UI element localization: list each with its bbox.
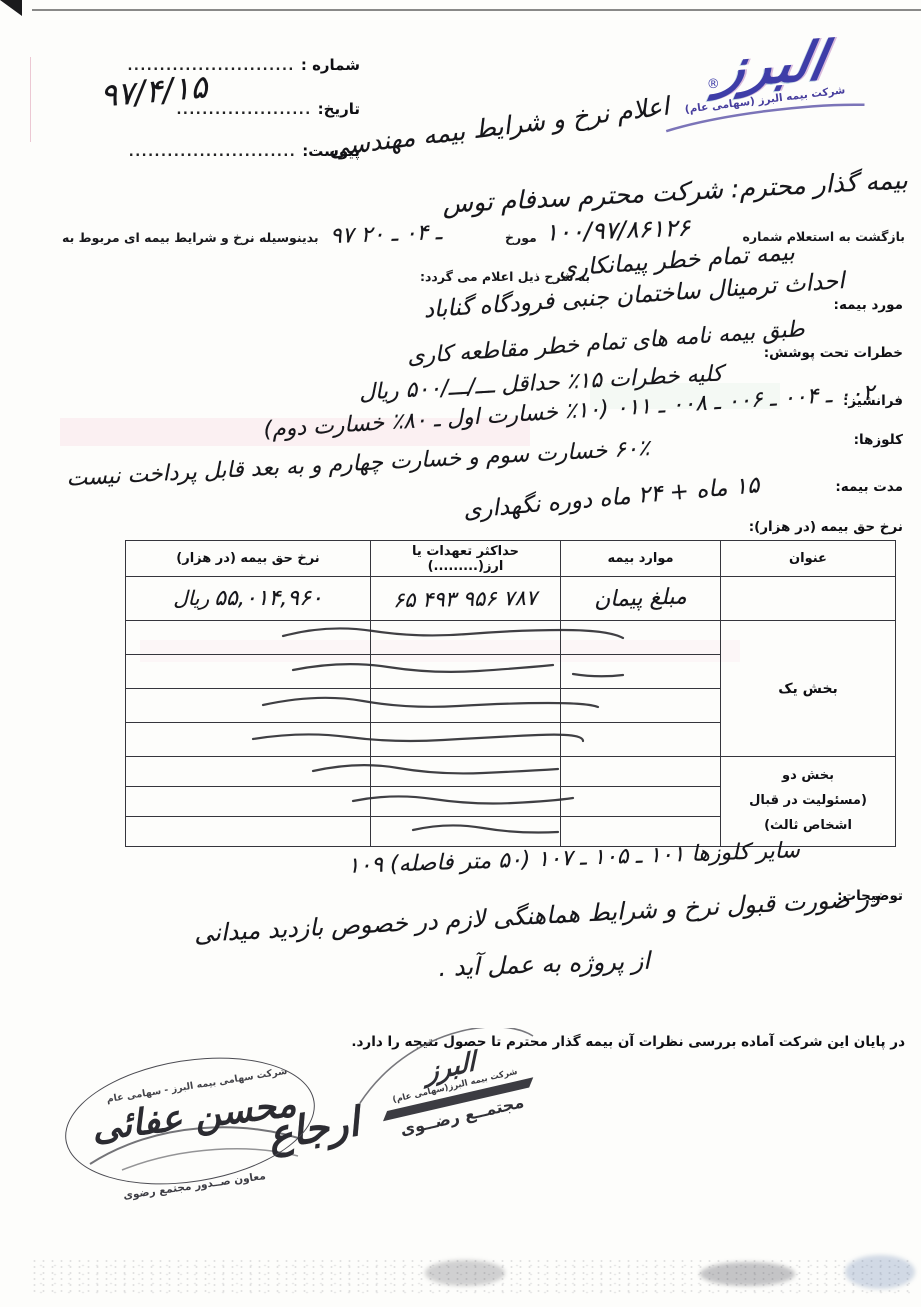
company-logo: البرز® شرکت بیمه البرز (سهامی عام): [640, 38, 890, 127]
franchise-unit: ریال: [358, 378, 399, 405]
premium-value-handwritten: ۵۵,۰۱۴,۹۶۰: [214, 586, 323, 611]
scan-smudge: [700, 1262, 795, 1286]
doc-attachment-row: پیوست: ..........................: [80, 142, 360, 160]
rate-label: نرخ حق بیمه (در هزار):: [749, 519, 903, 535]
table-row: بخش یک: [126, 621, 896, 655]
col-header-insured-items: موارد بیمه: [561, 541, 721, 577]
ref-number-handwritten: ۱۰۰/۹۷/۸۶۱۲۶: [545, 211, 761, 246]
col-header-title: عنوان: [721, 541, 896, 577]
risks-label: خطرات تحت پوشش:: [764, 345, 903, 361]
duration-value-handwritten: ۱۵ ماه + ۲۴ ماه دوره نگهداری: [420, 472, 761, 528]
clauses-label: کلوزها:: [854, 432, 903, 448]
rate-table-wrap: عنوان موارد بیمه حداکثر تعهدات یا ارز(..…: [125, 540, 896, 847]
section-one-cell: بخش یک: [721, 621, 896, 757]
section-two-cell: بخش دو (مسئولیت در قبال اشخاص ثالث): [721, 757, 896, 847]
alborz-logo-icon: البرز: [714, 34, 829, 95]
announce-suffix: به شرح ذیل اعلام می گردد:: [420, 269, 590, 284]
scan-smudge-blue: [845, 1255, 915, 1289]
scanned-document-page: شماره : .......................... تاریخ…: [0, 0, 921, 1307]
contract-amount-label-handwritten: مبلغ پیمان: [594, 584, 688, 612]
signature-stamp-block: شرکت سهامی بیمه البرز - سهامی عام محسن ع…: [52, 1052, 342, 1227]
doc-number-row: شماره : ..........................: [80, 56, 360, 74]
table-header-row: عنوان موارد بیمه حداکثر تعهدات یا ارز(..…: [126, 541, 896, 577]
col-header-max-obligations: حداکثر تعهدات یا ارز(.........): [371, 541, 561, 577]
ref-dated-label: مورخ: [505, 230, 537, 245]
insured-line: بیمه گذار محترم: شرکت محترم سدفام توس: [420, 165, 909, 220]
note-line2-handwritten: از پروژه به عمل آید .: [340, 947, 651, 986]
doc-date-label: تاریخ:: [318, 100, 360, 118]
scan-edge-line: [32, 9, 921, 11]
max-obligation-value-handwritten: ۶۵ ۴۹۳ ۹۵۶ ۷۸۷: [393, 585, 538, 612]
table-row: مبلغ پیمان ۶۵ ۴۹۳ ۹۵۶ ۷۸۷ ۵۵,۰۱۴,۹۶۰ ریا…: [126, 577, 896, 621]
doc-attachment-leader: ..........................: [129, 145, 296, 160]
page-title: اعلام نرخ و شرایط بیمه مهندسی: [330, 91, 671, 161]
scan-fold-line: [30, 57, 31, 142]
subject-label: مورد بیمه:: [834, 297, 903, 313]
doc-number-label: شماره :: [301, 56, 360, 74]
risks-value-handwritten: طبق بیمه نامه های تمام خطر مقاطعه کاری: [370, 317, 806, 372]
scan-smudge: [425, 1260, 505, 1286]
franchise-amount: ـــ/ـــ/۵۰۰: [405, 373, 495, 403]
ref-date-handwritten: ۹۷ ـ ۰۴ ـ ۲۰: [330, 218, 506, 249]
rate-table: عنوان موارد بیمه حداکثر تعهدات یا ارز(..…: [125, 540, 896, 847]
scan-corner-mark: [0, 0, 22, 16]
closing-line: در پایان این شرکت آماده بررسی نظرات آن ب…: [351, 1034, 905, 1050]
duration-label: مدت بیمه:: [835, 479, 903, 495]
table-row: بخش دو (مسئولیت در قبال اشخاص ثالث): [126, 757, 896, 787]
col-header-premium-rate: نرخ حق بیمه (در هزار): [126, 541, 371, 577]
title-cell-empty: [721, 577, 896, 621]
premium-unit-handwritten: ریال: [173, 586, 209, 610]
ref-suffix: بدینوسیله نرخ و شرایط بیمه ای مربوط به: [62, 230, 319, 245]
note-line1-handwritten: در صورت قبول نرخ و شرایط هماهنگی لازم در…: [75, 884, 880, 954]
